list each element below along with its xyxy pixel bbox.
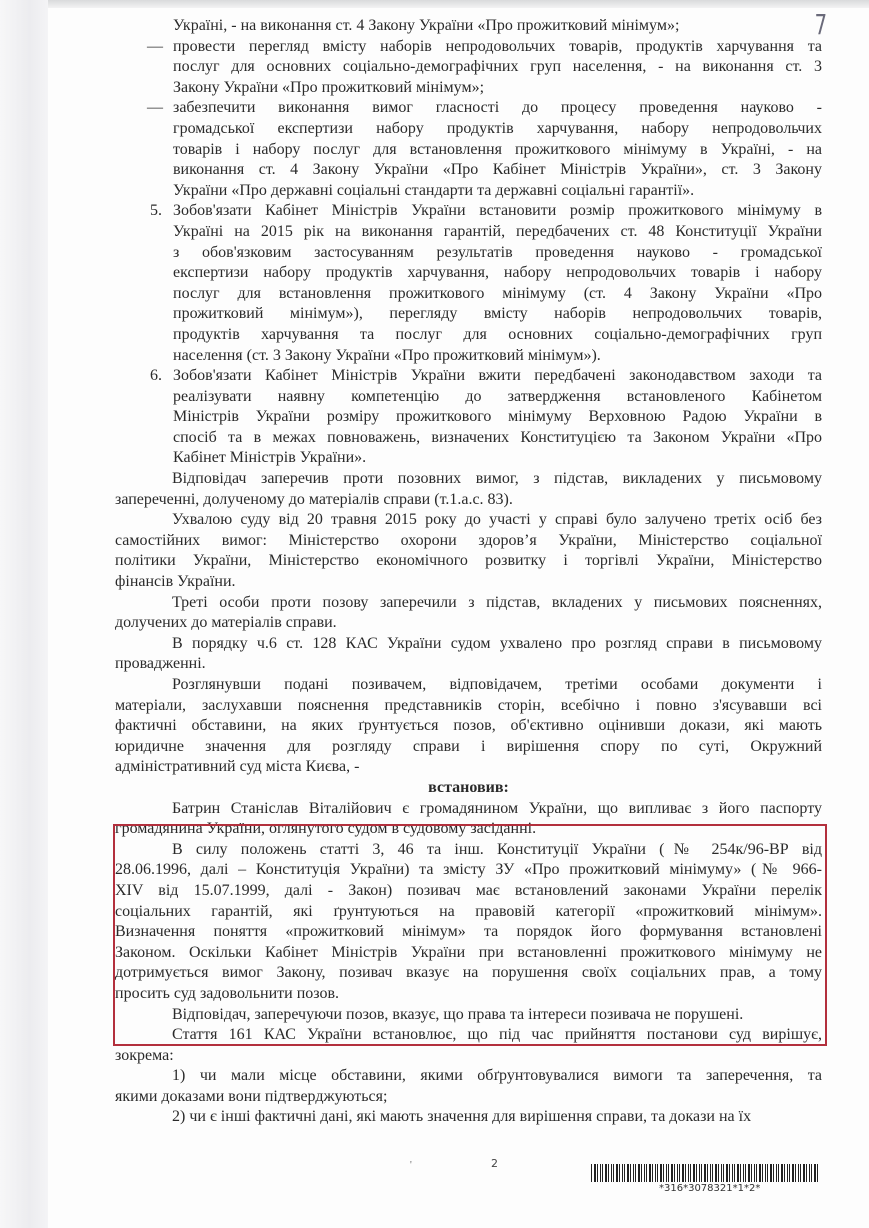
text-line: Треті особи проти позову заперечили з пі… xyxy=(115,593,822,614)
text-line: прожитковий мінімум»), перегляду вмісту … xyxy=(173,304,822,325)
text-line: якими доказами вони підтверджуються; xyxy=(115,1087,822,1108)
paragraph: Відповідач заперечив проти позовних вимо… xyxy=(115,469,822,510)
text-line: населення (ст. 3 Закону України «Про про… xyxy=(173,346,822,367)
text-line: забезпечити виконання вимог гласності до… xyxy=(173,98,822,119)
text-line: Зобов'язати Кабінет Міністрів України вж… xyxy=(173,366,822,387)
footer-tick: ' xyxy=(410,1160,412,1171)
highlight-box xyxy=(113,824,827,1046)
text-line: Україні на 2015 рік на виконання гаранті… xyxy=(173,222,822,243)
list-marker: 5. xyxy=(150,201,162,222)
text-line: Розглянувши подані позивачем, відповідач… xyxy=(115,675,822,696)
dash-list-item: —забезпечити виконання вимог гласності д… xyxy=(115,98,822,201)
paragraph: Розглянувши подані позивачем, відповідач… xyxy=(115,675,822,778)
text-line: експертизи набору продуктів харчування, … xyxy=(173,263,822,284)
text-line: з обов'язковим застосуванням результатів… xyxy=(173,243,822,264)
text-line: 2) чи є інші фактичні дані, які мають зн… xyxy=(115,1107,822,1128)
paragraph: 2) чи є інші фактичні дані, які мають зн… xyxy=(115,1107,822,1128)
text-line: політики України, Міністерство економічн… xyxy=(115,551,822,572)
text-line: провадженні. xyxy=(115,654,822,675)
text-line: фактичні обставини, на яких ґрунтується … xyxy=(115,716,822,737)
text-line: долучених до матеріалів справи. xyxy=(115,613,822,634)
text-line: Україні, - на виконання ст. 4 Закону Укр… xyxy=(173,16,822,37)
text-line: Закону України «Про прожитковий мінімум»… xyxy=(173,78,822,99)
footer-page-number: 2 xyxy=(491,1157,498,1170)
text-line: Ухвалою суду від 20 травня 2015 року до … xyxy=(115,510,822,531)
barcode-text: *316*3078321*1*2* xyxy=(659,1183,760,1194)
text-line: Міністрів України розміру прожиткового м… xyxy=(173,407,822,428)
text-line: реалізувати наявну компетенцію до затвер… xyxy=(173,387,822,408)
list-marker: — xyxy=(147,37,163,58)
text-line: Зобов'язати Кабінет Міністрів України вс… xyxy=(173,201,822,222)
text-line: 1) чи мали місце обставини, якими обґрун… xyxy=(115,1066,822,1087)
text-line: фінансів України. xyxy=(115,572,822,593)
text-line: Кабінет Міністрів України». xyxy=(173,448,822,469)
text-line: запереченні, долученому до матеріалів сп… xyxy=(115,490,822,511)
scan-edge-left xyxy=(0,0,48,1228)
text-line: зокрема: xyxy=(115,1046,822,1067)
text-line: послуг для основних соціально-демографіч… xyxy=(173,57,822,78)
text-line: громадської експертизи набору продуктів … xyxy=(173,119,822,140)
text-line: продуктів харчування та послуг для основ… xyxy=(173,325,822,346)
text-line: послуг для встановлення прожиткового мін… xyxy=(173,284,822,305)
text-line: виконання ст. 4 Закону України «Про Кабі… xyxy=(173,160,822,181)
list-marker: 6. xyxy=(150,366,162,387)
text-line: Відповідач заперечив проти позовних вимо… xyxy=(115,469,822,490)
section-heading: встановив: xyxy=(115,778,822,799)
text-line: матеріали, заслухавши пояснення представ… xyxy=(115,696,822,717)
numbered-list-item: 5.Зобов'язати Кабінет Міністрів України … xyxy=(115,201,822,366)
paragraph: Треті особи проти позову заперечили з пі… xyxy=(115,593,822,634)
text-line: В порядку ч.6 ст. 128 КАС України судом … xyxy=(115,634,822,655)
text-line: товарів і набору послуг для встановлення… xyxy=(173,140,822,161)
text-line: провести перегляд вмісту наборів непродо… xyxy=(173,37,822,58)
scan-edge-top xyxy=(0,0,869,8)
text-line: спосіб та в межах повноважень, визначени… xyxy=(173,428,822,449)
paragraph: В порядку ч.6 ст. 128 КАС України судом … xyxy=(115,634,822,675)
text-line: Батрин Станіслав Віталійович є громадяни… xyxy=(115,799,822,820)
paragraph: Ухвалою суду від 20 травня 2015 року до … xyxy=(115,510,822,592)
continuation-line: Україні, - на виконання ст. 4 Закону Укр… xyxy=(115,16,822,37)
list-marker: — xyxy=(147,98,163,119)
text-line: України «Про державні соціальні стандарт… xyxy=(173,181,822,202)
text-line: юридичне значення для розгляду справи і … xyxy=(115,737,822,758)
text-line: адміністративний суд міста Києва, - xyxy=(115,757,822,778)
dash-list-item: —провести перегляд вмісту наборів непрод… xyxy=(115,37,822,99)
paragraph: 1) чи мали місце обставини, якими обґрун… xyxy=(115,1066,822,1107)
numbered-list-item: 6.Зобов'язати Кабінет Міністрів України … xyxy=(115,366,822,469)
barcode xyxy=(591,1164,819,1182)
text-line: самостійних вимог: Міністерство охорони … xyxy=(115,531,822,552)
